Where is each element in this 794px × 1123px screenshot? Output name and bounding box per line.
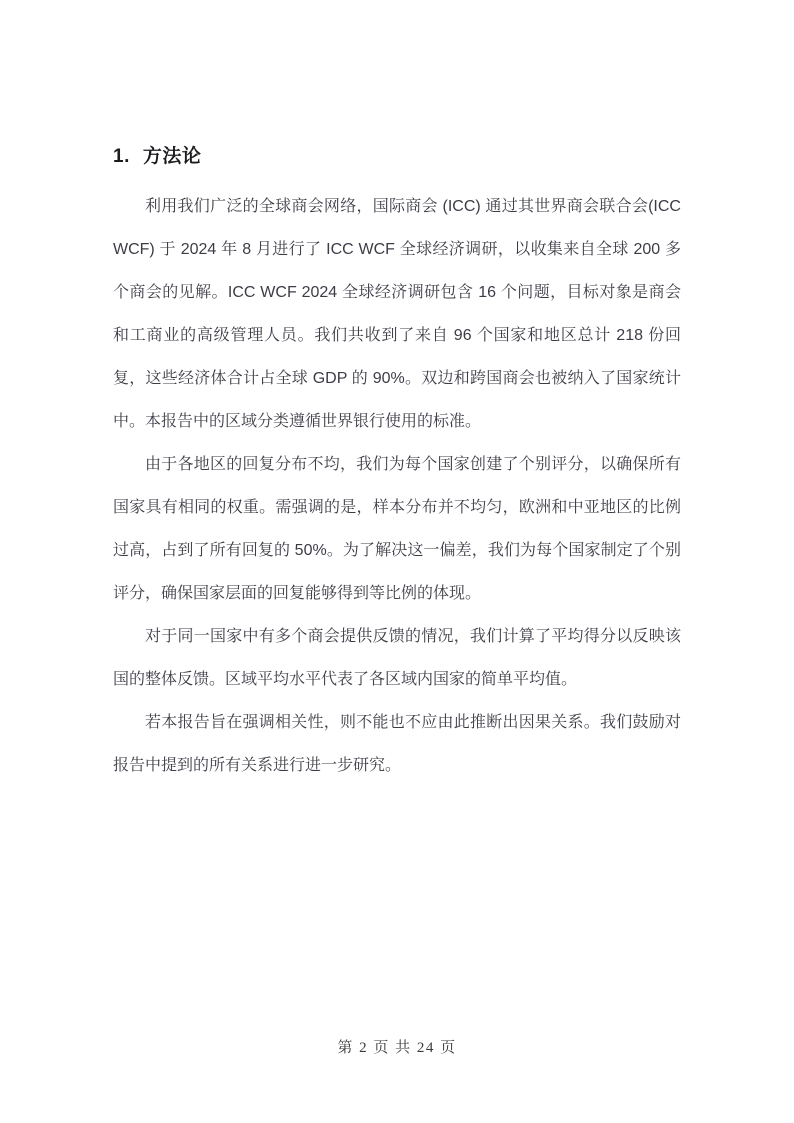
page-number-label: 第 2 页 共 24 页 xyxy=(337,1040,456,1056)
page-footer: 第 2 页 共 24 页 xyxy=(0,1036,794,1057)
section-heading-number: 1. xyxy=(113,146,130,168)
document-page: 1. 方法论 利用我们广泛的全球商会网络，国际商会 (ICC) 通过其世界商会联… xyxy=(0,0,794,1123)
paragraph-averaging: 对于同一国家中有多个商会提供反馈的情况，我们计算了平均得分以反映该国的整体反馈。… xyxy=(113,615,681,701)
section-heading: 1. 方法论 xyxy=(113,141,201,168)
paragraph-weighting: 由于各地区的回复分布不均，我们为每个国家创建了个别评分，以确保所有国家具有相同的… xyxy=(113,443,681,615)
section-heading-text: 方法论 xyxy=(143,141,202,168)
paragraph-methodology-survey: 利用我们广泛的全球商会网络，国际商会 (ICC) 通过其世界商会联合会(ICC … xyxy=(113,185,681,443)
body-text-block: 利用我们广泛的全球商会网络，国际商会 (ICC) 通过其世界商会联合会(ICC … xyxy=(113,185,681,787)
paragraph-correlation-caveat: 若本报告旨在强调相关性，则不能也不应由此推断出因果关系。我们鼓励对报告中提到的所… xyxy=(113,701,681,787)
